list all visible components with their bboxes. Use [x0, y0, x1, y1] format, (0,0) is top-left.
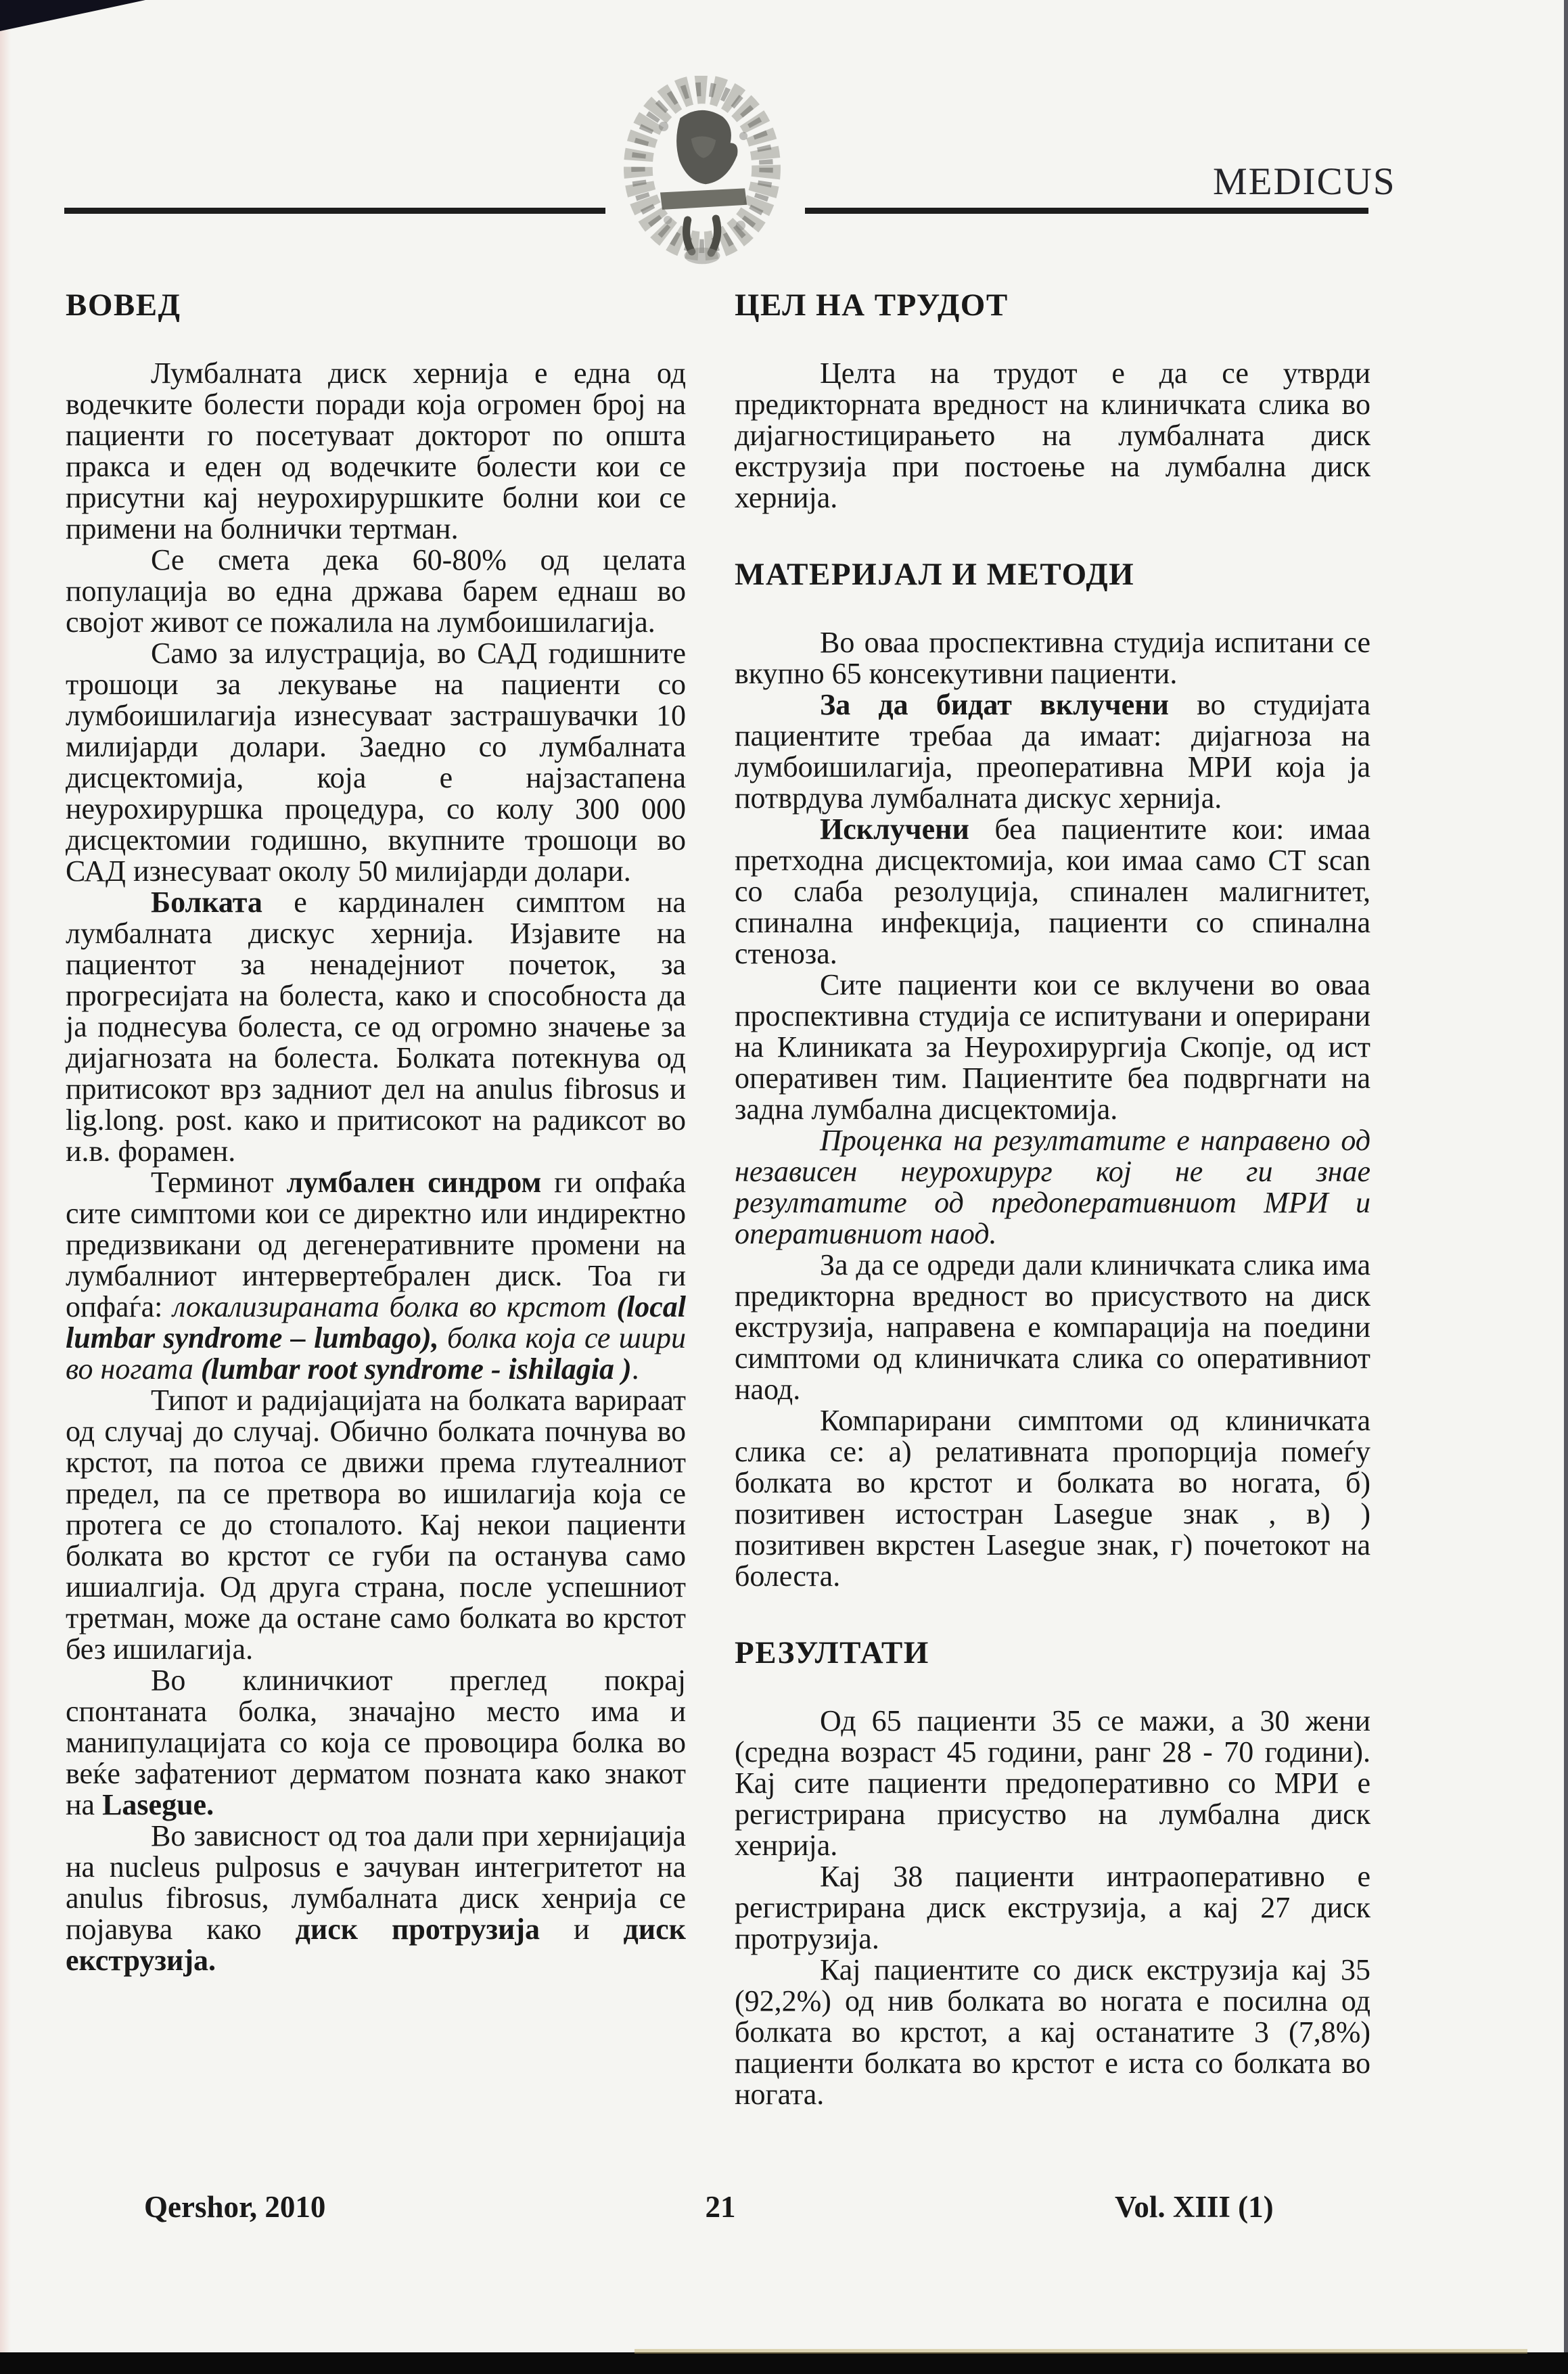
section-heading: МАТЕРИЈАЛ И МЕТОДИ — [735, 557, 1370, 592]
text-run: Се смета дека 60-80% од целата популациј… — [66, 543, 686, 639]
footer-issue-date: Qershor, 2010 — [144, 2189, 325, 2224]
paragraph: Исклучени беа пациентите кои: имаа претх… — [735, 814, 1370, 969]
text-run: Исклучени — [820, 813, 969, 846]
text-run: Типот и радијацијата на болката варираат… — [66, 1384, 686, 1666]
text-run: Компарирани симптоми од клиничката слика… — [735, 1404, 1370, 1593]
paragraph: Терминот лумбален синдром ги опфаќа сите… — [66, 1167, 686, 1385]
paragraph: Кај пациентите со диск екструзија кај 35… — [735, 1955, 1370, 2110]
journal-page: MEDICUS ВОВЕДЛумбалната диск хернија е е… — [0, 0, 1568, 2374]
scan-corner-smudge — [0, 0, 145, 31]
paragraph: Типот и радијацијата на болката варираат… — [66, 1385, 686, 1665]
text-run: Во оваа проспективна студија испитани се… — [735, 626, 1370, 690]
text-run: Болката — [151, 886, 262, 919]
text-run: Лумбалната диск хернија е една од водечк… — [66, 357, 686, 545]
paragraph: Болката е кардинален симптом на лумбална… — [66, 887, 686, 1167]
section-heading: ВОВЕД — [66, 288, 686, 323]
paragraph: Само за илустрација, во САД годишните тр… — [66, 638, 686, 887]
section-heading: РЕЗУЛТАТИ — [735, 1635, 1370, 1670]
paragraph: Проценка на резултатите е направено од н… — [735, 1125, 1370, 1250]
text-run: Само за илустрација, во САД годишните тр… — [66, 637, 686, 888]
text-run: Терминот — [151, 1166, 286, 1199]
text-run: Од 65 пациенти 35 се мажи, а 30 жени (ср… — [735, 1704, 1370, 1862]
text-run: Кај пациентите со диск екструзија кај 35… — [735, 1953, 1370, 2111]
paragraph: За да бидат вклучени во студијата пациен… — [735, 689, 1370, 814]
scan-edge-bottom — [0, 2352, 1568, 2374]
paragraph: Лумбалната диск хернија е една од водечк… — [66, 358, 686, 545]
text-run: Lasegue. — [102, 1788, 214, 1821]
paragraph: Од 65 пациенти 35 се мажи, а 30 жени (ср… — [735, 1706, 1370, 1861]
text-run: Проценка на резултатите е направено од н… — [735, 1124, 1370, 1250]
scan-edge-right — [1564, 0, 1568, 2374]
left-column: ВОВЕДЛумбалната диск хернија е една од в… — [66, 288, 686, 1976]
text-run: . — [632, 1352, 639, 1386]
text-run: За да бидат вклучени — [820, 688, 1169, 721]
footer-volume: Vol. XIII (1) — [1115, 2189, 1274, 2224]
paragraph: Во оваа проспективна студија испитани се… — [735, 627, 1370, 689]
header-rule-right — [805, 208, 1368, 214]
paragraph: Кај 38 пациенти интраоперативно е регист… — [735, 1861, 1370, 1955]
right-column: ЦЕЛ НА ТРУДОТЦелта на трудот е да се утв… — [735, 288, 1370, 2110]
header-rule-left — [64, 208, 605, 214]
text-run: и — [540, 1913, 623, 1946]
text-run: диск протрузија — [296, 1913, 540, 1946]
text-run: За да се одреди дали клиничката слика им… — [735, 1248, 1370, 1406]
paragraph: Компарирани симптоми од клиничката слика… — [735, 1405, 1370, 1592]
text-run: Кај 38 пациенти интраоперативно е регист… — [735, 1860, 1370, 1955]
scan-edge-left — [0, 0, 11, 2374]
paragraph: Се смета дека 60-80% од целата популациј… — [66, 545, 686, 638]
scan-bottom-tint — [635, 2349, 1527, 2354]
text-run: Целта на трудот е да се утврди предиктор… — [735, 357, 1370, 514]
paragraph: Целта на трудот е да се утврди предиктор… — [735, 358, 1370, 513]
section-heading: ЦЕЛ НА ТРУДОТ — [735, 288, 1370, 323]
paragraph: Сите пациенти кои се вклучени во оваа пр… — [735, 969, 1370, 1125]
text-run: (lumbar root syndrome - ishilagia ) — [201, 1352, 632, 1386]
paragraph: За да се одреди дали клиничката слика им… — [735, 1250, 1370, 1405]
medicus-emblem-logo — [622, 76, 782, 272]
journal-title: MEDICUS — [1213, 160, 1396, 204]
text-run: лумбален синдром — [286, 1166, 541, 1199]
paragraph: Во клиничкиот преглед покрај спонтаната … — [66, 1665, 686, 1821]
text-run: локализираната болка во крстот — [172, 1290, 616, 1323]
footer-page-number: 21 — [687, 2189, 754, 2224]
text-run: Сите пациенти кои се вклучени во оваа пр… — [735, 968, 1370, 1126]
text-run: е кардинален симптом на лумбалната диску… — [66, 886, 686, 1168]
paragraph: Во зависност од тоа дали при хернијација… — [66, 1821, 686, 1976]
